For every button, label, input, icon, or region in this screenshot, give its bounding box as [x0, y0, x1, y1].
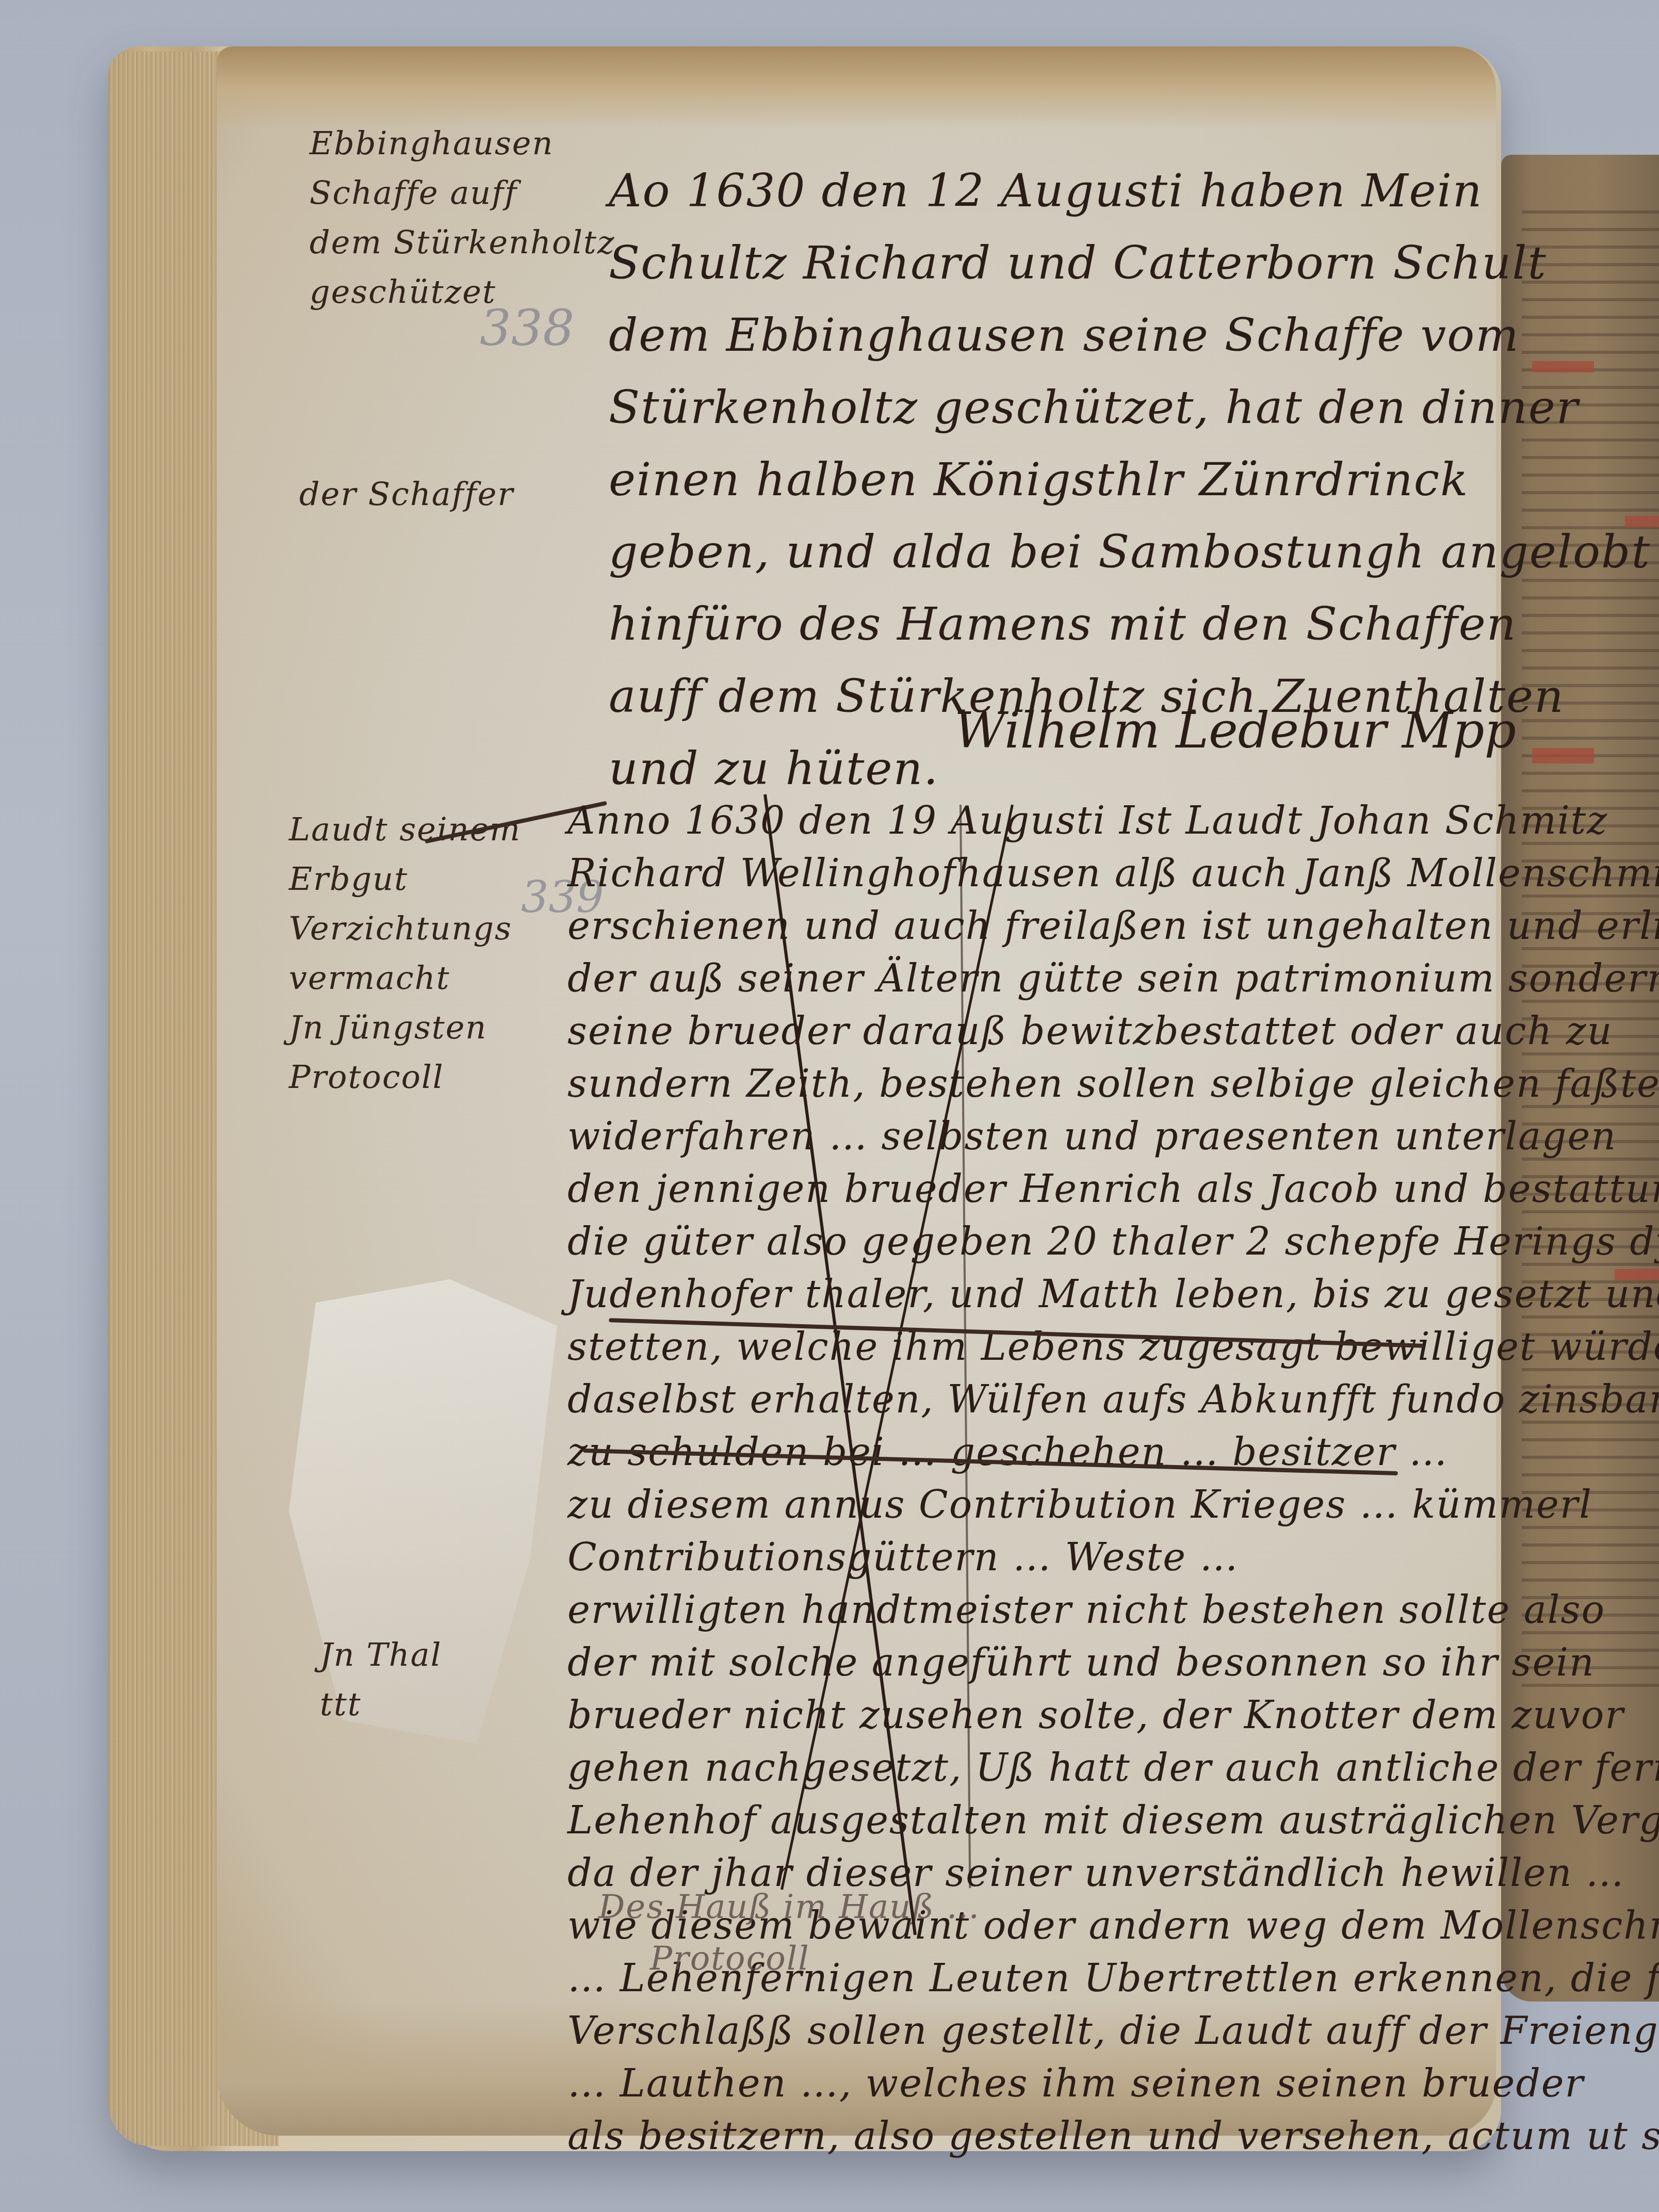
entry-1-line: hinfüro des Hamens mit den Schaffen: [609, 588, 1651, 660]
entry-2-line: Judenhofer thaler, und Matth leben, bis …: [567, 1268, 1659, 1321]
entry-2-line: daselbst erhalten, Wülfen aufs Abkunfft …: [567, 1373, 1659, 1426]
entry-2-line: Lehenhof ausgestalten mit diesem austräg…: [567, 1794, 1659, 1847]
entry-2-line: Richard Wellinghofhausen alß auch Janß M…: [567, 847, 1659, 900]
entry-1-line: Stürkenholtz geschützet, hat den dinner: [609, 371, 1651, 444]
margin-note-entry-2-lower: Jn Thal ttt: [320, 1630, 442, 1729]
entry-2-line: erwilligten handtmeister nicht bestehen …: [567, 1584, 1659, 1636]
entry-2-line: zu diesem annus Contribution Krieges … k…: [567, 1478, 1659, 1531]
entry-2-line: sundern Zeith, bestehen sollen selbige g…: [567, 1058, 1659, 1110]
entry-1-line: geben, und alda bei Sambostungh angelobt: [609, 516, 1651, 588]
entry-1-line: Schultz Richard und Catterborn Schult: [609, 227, 1651, 299]
entry-1-line: einen halben Königsthlr Zünrdrinck: [609, 444, 1651, 516]
entry-2-line: stetten, welche ihm Lebens zugesagt bewi…: [567, 1321, 1659, 1373]
entry-2-line: erschienen und auch freilaßen ist ungeha…: [567, 900, 1659, 952]
entry-2-line: die güter also gegeben 20 thaler 2 schep…: [567, 1215, 1659, 1268]
entry-1-signature: Wilhelm Ledebur Mpp: [954, 702, 1516, 759]
entry-1-line: dem Ebbinghausen seine Schaffe vom: [609, 299, 1651, 371]
margin-note-entry-2: Laudt seinem Erbgut Verzichtungs vermach…: [289, 805, 521, 1102]
entry-2-footer-line: Protocoll: [650, 1940, 810, 1978]
margin-note-entry-1: Ebbinghausen Schaffe auff dem Stürkenhol…: [310, 119, 615, 317]
entry-2-footer-line: Des Hauß im Hauß …: [598, 1888, 980, 1926]
entry-2-line: der auß seiner Ältern gütte sein patrimo…: [567, 952, 1659, 1005]
torn-top-edge: [217, 46, 1496, 129]
entry-2-line: seine brueder darauß bewitzbestattet ode…: [567, 1005, 1659, 1058]
entry-2-line: Anno 1630 den 19 Augusti Ist Laudt Johan…: [567, 794, 1659, 847]
entry-2-line: brueder nicht zusehen solte, der Knotter…: [567, 1689, 1659, 1742]
entry-1-line: Ao 1630 den 12 Augusti haben Mein: [609, 155, 1651, 227]
entry-2-line: den jennigen brueder Henrich als Jacob u…: [567, 1163, 1659, 1215]
entry-2-line: als besitzern, also gestellen und verseh…: [567, 2110, 1659, 2162]
entry-2-line: … Lauthen …, welches ihm seinen seinen b…: [567, 2057, 1659, 2110]
entry-2-line: Contributionsgüttern … Weste …: [567, 1531, 1659, 1584]
entry-2-line: widerfahren … selbsten und praesenten un…: [567, 1110, 1659, 1163]
entry-2-line: der mit solche angeführt und besonnen so…: [567, 1636, 1659, 1689]
entry-2-line: gehen nachgesetzt, Uß hatt der auch antl…: [567, 1742, 1659, 1794]
margin-note-entry-1-lower: der Schaffer: [299, 469, 514, 519]
entry-2-line: Verschlaßß sollen gestellt, die Laudt au…: [567, 2005, 1659, 2057]
